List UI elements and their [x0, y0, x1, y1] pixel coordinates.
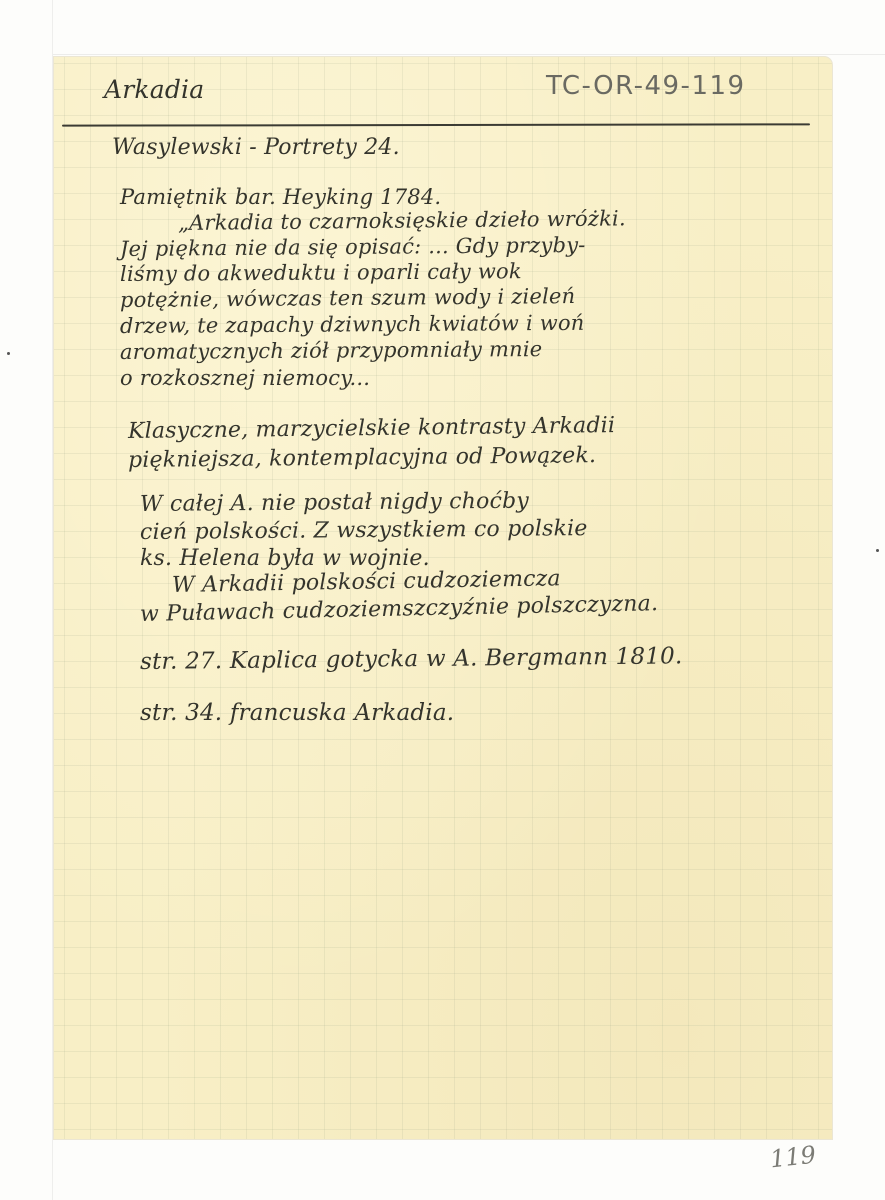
- note-line: W Arkadii polskości cudzoziemcza: [172, 566, 561, 598]
- note-line: ks. Helena była w wojnie.: [140, 546, 430, 571]
- index-card: Arkadia TC-OR-49-119 Wasylewski - Portre…: [54, 57, 832, 1139]
- note-line: o rozkosznej niemocy...: [120, 366, 370, 390]
- page-number: 119: [769, 1141, 817, 1174]
- dust-speck: [876, 549, 879, 552]
- dust-speck: [7, 352, 10, 355]
- note-line: potężnie, wówczas ten szum wody i zieleń: [120, 284, 576, 312]
- card-title: Arkadia: [104, 75, 204, 104]
- source-line: Wasylewski - Portrety 24.: [112, 135, 400, 160]
- note-line: piękniejsza, kontemplacyjna od Powązek.: [128, 443, 596, 473]
- note-line: liśmy do akweduktu i oparli cały wok: [120, 259, 522, 286]
- scan-edge-top: [52, 54, 885, 55]
- note-line: drzew, te zapachy dziwnych kwiatów i woń: [120, 311, 585, 338]
- header-rule: [62, 123, 810, 126]
- scan-edge-left: [52, 0, 53, 1200]
- note-line: cień polskości. Z wszystkiem co polskie: [140, 516, 588, 545]
- reference-line: str. 34. francuska Arkadia.: [140, 700, 454, 726]
- note-line: Jej piękna nie da się opisać: ... Gdy pr…: [120, 233, 586, 261]
- reference-line: str. 27. Kaplica gotycka w A. Bergmann 1…: [140, 643, 683, 675]
- note-line: aromatycznych ziół przypomniały mnie: [120, 337, 542, 364]
- note-line: Pamiętnik bar. Heyking 1784.: [120, 185, 441, 209]
- note-line: „Arkadia to czarnoksięskie dzieło wróżki…: [178, 206, 626, 235]
- catalog-code: TC-OR-49-119: [546, 71, 746, 101]
- note-line: W całej A. nie postał nigdy choćby: [140, 489, 529, 517]
- note-line: Klasyczne, marzycielskie kontrasty Arkad…: [128, 413, 615, 444]
